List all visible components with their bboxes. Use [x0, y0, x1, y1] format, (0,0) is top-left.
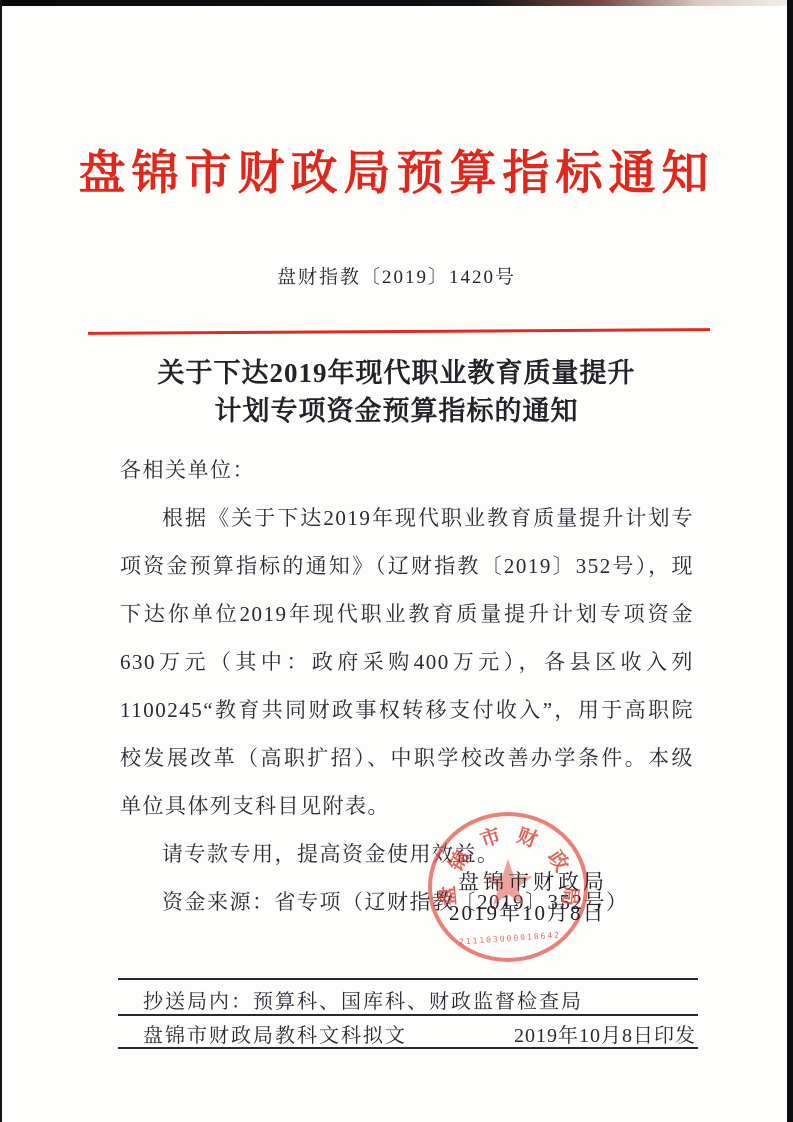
document-title: 盘锦市财政局预算指标通知 — [0, 136, 793, 203]
footer-rule-top — [118, 978, 698, 980]
subject-title-line1: 关于下达2019年现代职业教育质量提升 — [0, 354, 793, 392]
footer-rule-bottom — [118, 1047, 698, 1049]
footer-rule-middle — [118, 1014, 698, 1016]
signature-date: 2019年10月8日 — [449, 897, 606, 927]
red-header-rule — [88, 328, 710, 335]
footer-cc-line: 抄送局内：预算科、国库科、财政监督检查局 — [143, 985, 583, 1014]
seal-serial-number: 211103000018642 — [456, 930, 564, 947]
document-body: 各相关单位： 根据《关于下达2019年现代职业教育质量提升计划专项资金预算指标的… — [120, 446, 694, 926]
document-number: 盘财指教〔2019〕1420号 — [0, 262, 793, 289]
salutation: 各相关单位： — [120, 446, 694, 494]
body-paragraph-1: 根据《关于下达2019年现代职业教育质量提升计划专项资金预算指标的通知》（辽财指… — [120, 494, 694, 830]
scanned-document-page: 盘锦市财政局预算指标通知 盘财指教〔2019〕1420号 关于下达2019年现代… — [0, 0, 793, 1122]
signature-issuer: 盘锦市财政局 — [458, 866, 608, 896]
scan-edge-top — [0, 0, 793, 6]
footer-print-date: 2019年10月8日印发 — [118, 1019, 696, 1048]
subject-title-line2: 计划专项资金预算指标的通知 — [0, 392, 793, 430]
subject-title: 关于下达2019年现代职业教育质量提升 计划专项资金预算指标的通知 — [0, 354, 793, 430]
